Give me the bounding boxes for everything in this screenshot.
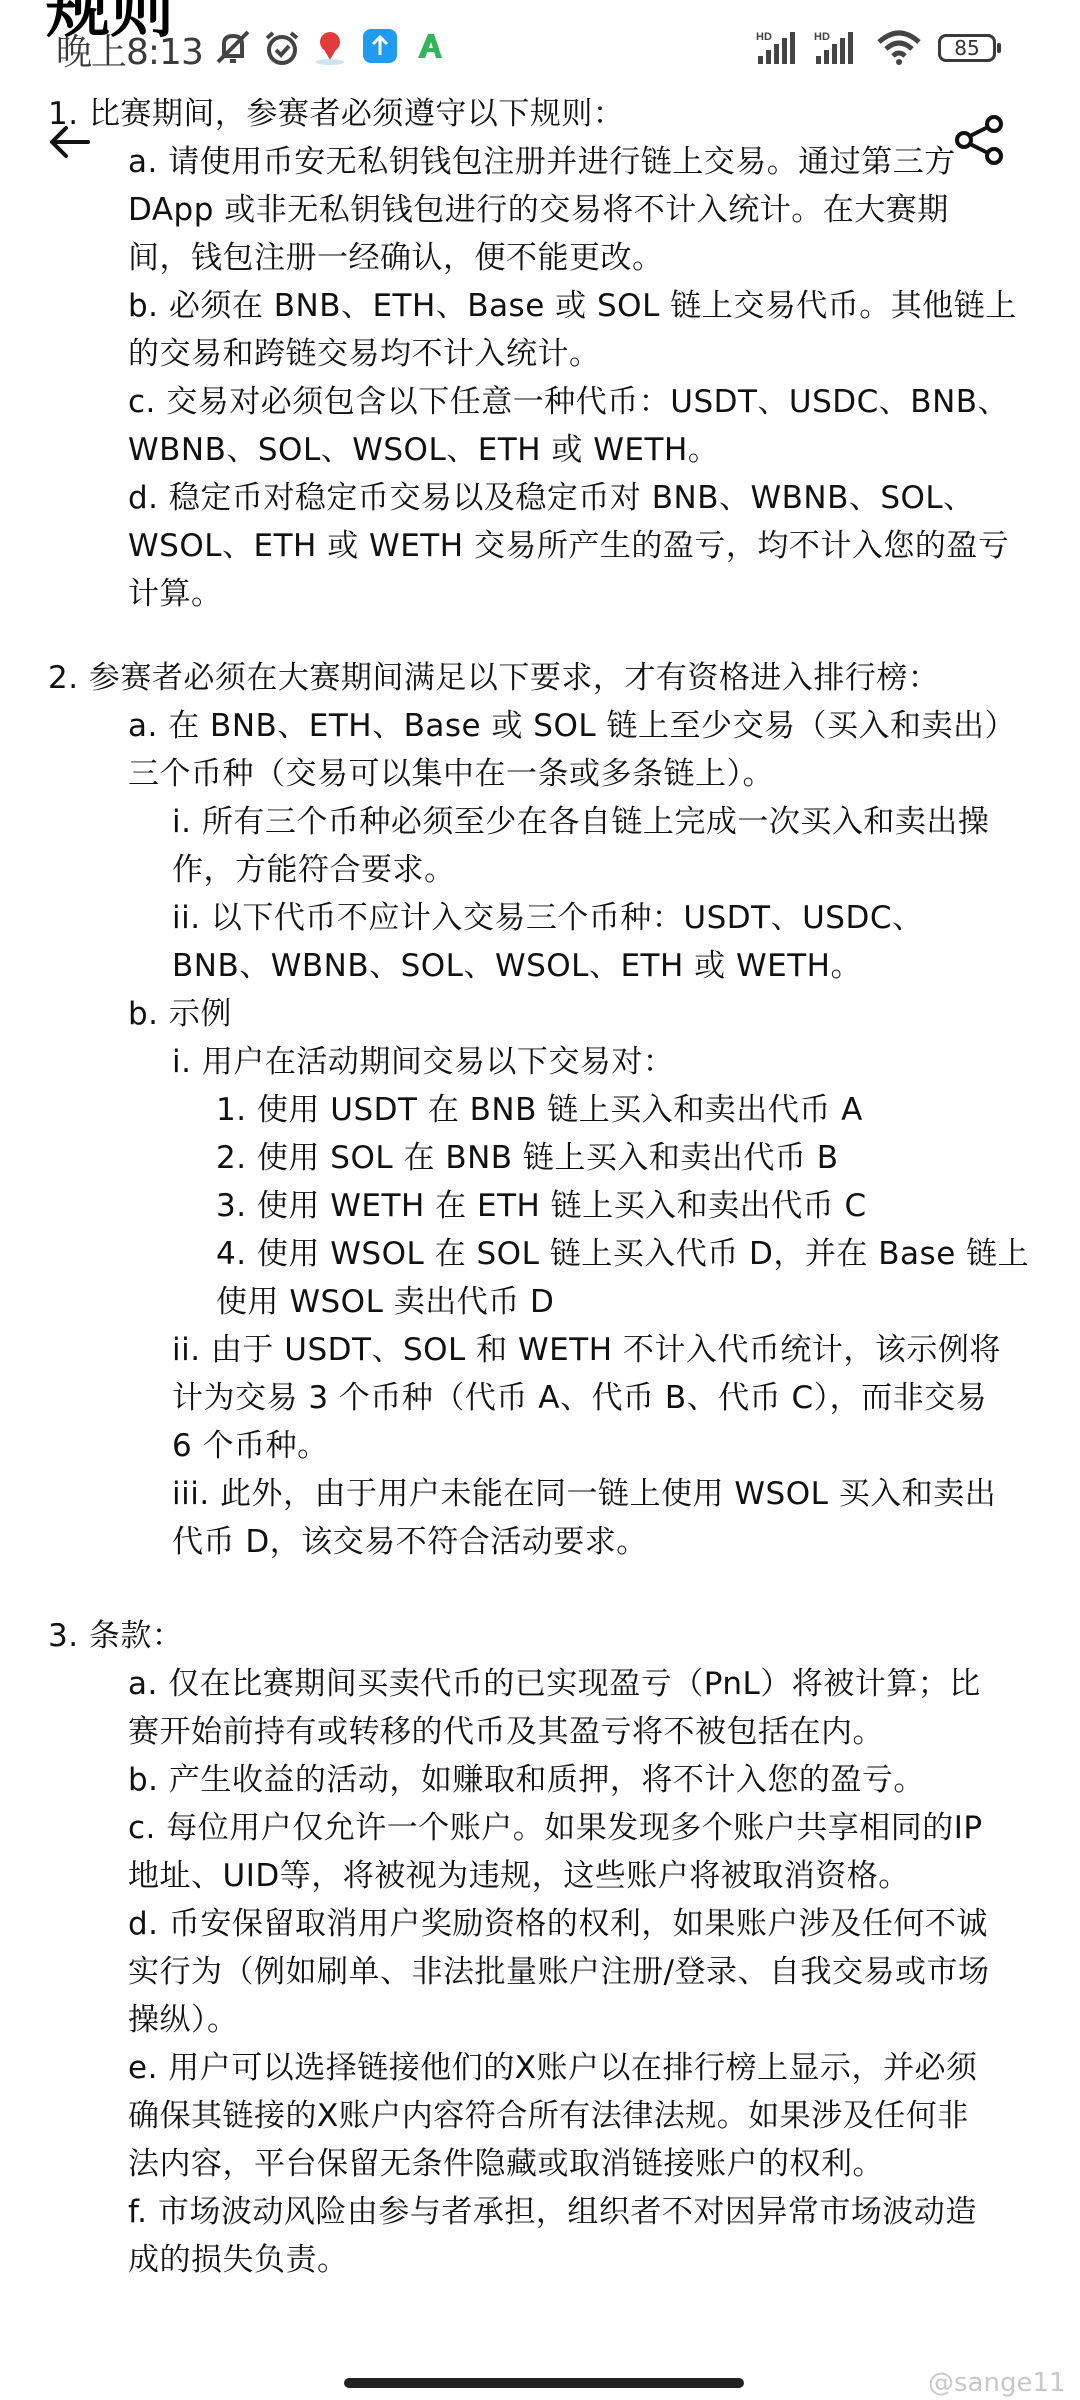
rule-text: 赛开始前持有或转移的代币及其盈亏将不被包括在内。 bbox=[128, 1708, 884, 1756]
rule-text: WBNB、SOL、WSOL、ETH 或 WETH。 bbox=[128, 426, 719, 474]
rule-text: a. 在 BNB、ETH、Base 或 SOL 链上至少交易（买入和卖出） bbox=[128, 702, 1016, 750]
hd-signal-icon: HD bbox=[814, 28, 864, 68]
green-a-app-icon bbox=[412, 28, 448, 64]
rule-text: 6 个币种。 bbox=[172, 1422, 329, 1470]
rule-text: ii. 以下代币不应计入交易三个币种：USDT、USDC、 bbox=[172, 894, 924, 942]
rule-text: a. 仅在比赛期间买卖代币的已实现盈亏（PnL）将被计算；比 bbox=[128, 1660, 981, 1708]
rule-text: a. 请使用币安无私钥钱包注册并进行链上交易。通过第三方 bbox=[128, 138, 956, 186]
baidu-maps-icon bbox=[312, 28, 348, 68]
rule-text: d. 稳定币对稳定币交易以及稳定币对 BNB、WBNB、SOL、 bbox=[128, 474, 975, 522]
rule-text: BNB、WBNB、SOL、WSOL、ETH 或 WETH。 bbox=[172, 942, 862, 990]
rule-text: 代币 D，该交易不符合活动要求。 bbox=[172, 1518, 648, 1566]
rule-text: d. 币安保留取消用户奖励资格的权利，如果账户涉及任何不诚 bbox=[128, 1900, 988, 1948]
rule-text: 3. 使用 WETH 在 ETH 链上买入和卖出代币 C bbox=[216, 1182, 867, 1230]
rule-text: 实行为（例如刷单、非法批量账户注册/登录、自我交易或市场 bbox=[128, 1948, 989, 1996]
rule-heading-3: 3. 条款： bbox=[48, 1612, 183, 1660]
rule-text: 使用 WSOL 卖出代币 D bbox=[216, 1278, 554, 1326]
rule-heading-1: 1. 比赛期间，参赛者必须遵守以下规则： bbox=[48, 90, 624, 138]
rule-text: 计为交易 3 个币种（代币 A、代币 B、代币 C），而非交易 bbox=[172, 1374, 987, 1422]
rule-text: 三个币种（交易可以集中在一条或多条链上）。 bbox=[128, 750, 774, 798]
rule-text: 地址、UID等，将被视为违规，这些账户将被取消资格。 bbox=[128, 1852, 910, 1900]
rule-text: 法内容，平台保留无条件隐藏或取消链接账户的权利。 bbox=[128, 2140, 884, 2188]
rule-text: 1. 使用 USDT 在 BNB 链上买入和卖出代币 A bbox=[216, 1086, 863, 1134]
rule-text: 4. 使用 WSOL 在 SOL 链上买入代币 D，并在 Base 链上 bbox=[216, 1230, 1029, 1278]
svg-text:HD: HD bbox=[756, 31, 772, 43]
page-title: 规则 bbox=[46, 0, 174, 42]
watermark: @sange11 bbox=[928, 2368, 1066, 2398]
rule-text: DApp 或非无私钥钱包进行的交易将不计入统计。在大赛期 bbox=[128, 186, 949, 234]
rule-text: iii. 此外，由于用户未能在同一链上使用 WSOL 买入和卖出 bbox=[172, 1470, 996, 1518]
rule-text: c. 交易对必须包含以下任意一种代币：USDT、USDC、BNB、 bbox=[128, 378, 1009, 426]
share-icon[interactable] bbox=[952, 112, 1008, 168]
home-indicator[interactable] bbox=[344, 2378, 744, 2388]
mute-icon bbox=[210, 28, 256, 68]
rule-text: f. 市场波动风险由参与者承担，组织者不对因异常市场波动造 bbox=[128, 2188, 977, 2236]
svg-text:HD: HD bbox=[814, 31, 830, 43]
wifi-icon bbox=[876, 28, 922, 68]
rule-text: c. 每位用户仅允许一个账户。如果发现多个账户共享相同的IP bbox=[128, 1804, 983, 1852]
rule-text: 成的损失负责。 bbox=[128, 2236, 349, 2284]
rule-text: 间，钱包注册一经确认，便不能更改。 bbox=[128, 234, 664, 282]
battery-icon: 85 bbox=[938, 34, 996, 62]
rule-text: WSOL、ETH 或 WETH 交易所产生的盈亏，均不计入您的盈亏 bbox=[128, 522, 1009, 570]
rule-text: 计算。 bbox=[128, 570, 223, 618]
rule-text: 确保其链接的X账户内容符合所有法律法规。如果涉及任何非 bbox=[128, 2092, 969, 2140]
rule-text: 2. 使用 SOL 在 BNB 链上买入和卖出代币 B bbox=[216, 1134, 839, 1182]
rule-text: ii. 由于 USDT、SOL 和 WETH 不计入代币统计，该示例将 bbox=[172, 1326, 1001, 1374]
rule-text: 作，方能符合要求。 bbox=[172, 846, 456, 894]
hd-signal-icon: HD bbox=[756, 28, 806, 68]
rule-text: i. 所有三个币种必须至少在各自链上完成一次买入和卖出操 bbox=[172, 798, 989, 846]
alarm-icon bbox=[262, 28, 302, 68]
rule-text: i. 用户在活动期间交易以下交易对： bbox=[172, 1038, 674, 1086]
rule-text: 操纵）。 bbox=[128, 1996, 239, 2044]
rule-text: b. 示例 bbox=[128, 990, 232, 1038]
upload-app-icon bbox=[362, 28, 398, 64]
rule-heading-2: 2. 参赛者必须在大赛期间满足以下要求，才有资格进入排行榜： bbox=[48, 654, 939, 702]
rule-text: 的交易和跨链交易均不计入统计。 bbox=[128, 330, 601, 378]
rule-text: b. 必须在 BNB、ETH、Base 或 SOL 链上交易代币。其他链上 bbox=[128, 282, 1017, 330]
rule-text: e. 用户可以选择链接他们的X账户以在排行榜上显示，并必须 bbox=[128, 2044, 978, 2092]
rule-text: b. 产生收益的活动，如赚取和质押，将不计入您的盈亏。 bbox=[128, 1756, 925, 1804]
